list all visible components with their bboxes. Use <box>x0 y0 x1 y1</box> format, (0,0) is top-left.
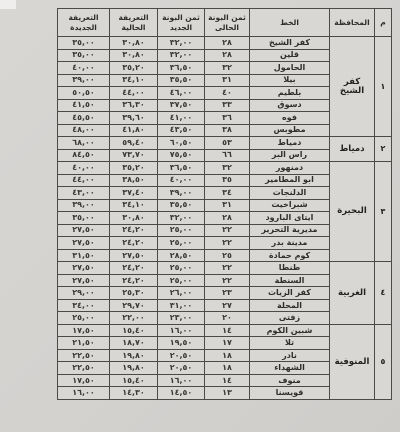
header-num: م <box>375 9 392 37</box>
tariff-current-cell: ٣٤,١٠ <box>110 74 158 87</box>
table-row: ١كفر الشيخكفر الشيخ٢٨٣٢,٠٠٣٠,٨٠٣٥,٠٠ <box>58 37 392 50</box>
bono-current-cell: ١٧ <box>205 337 250 350</box>
tariff-current-cell: ١٥,٤٠ <box>110 374 158 387</box>
bono-new-cell: ٣٥,٥٠ <box>158 74 205 87</box>
governorate-cell: البحيرة <box>330 162 375 262</box>
line-name-cell: كفر الزيات <box>250 287 330 300</box>
tariff-current-cell: ٤١,٨٠ <box>110 124 158 137</box>
line-name-cell: ايتاى البارود <box>250 212 330 225</box>
group-number-cell: ٢ <box>375 137 392 162</box>
table-row: ٢دمياطدمياط٥٣٦٠,٥٠٥٩,٤٠٦٨,٠٠ <box>58 137 392 150</box>
governorate-cell: كفر الشيخ <box>330 37 375 137</box>
tariff-new-cell: ٢٩,٠٠ <box>58 287 110 300</box>
governorate-cell: دمياط <box>330 137 375 162</box>
bono-current-cell: ٣٥ <box>205 174 250 187</box>
bono-current-cell: ٤٠ <box>205 87 250 100</box>
page-corner-notch <box>0 0 16 9</box>
bono-current-cell: ٢٨ <box>205 212 250 225</box>
tariff-new-cell: ٢٥,٠٠ <box>58 312 110 325</box>
bono-current-cell: ٥٣ <box>205 137 250 150</box>
bono-new-cell: ١٩,٥٠ <box>158 337 205 350</box>
bono-current-cell: ٢٢ <box>205 224 250 237</box>
tariff-new-cell: ٢٧,٥٠ <box>58 262 110 275</box>
bono-new-cell: ٦٠,٥٠ <box>158 137 205 150</box>
bono-new-cell: ٣٢,٠٠ <box>158 212 205 225</box>
tariff-current-cell: ٢٤,٢٠ <box>110 262 158 275</box>
line-name-cell: فوه <box>250 112 330 125</box>
bono-new-cell: ٣٦,٥٠ <box>158 162 205 175</box>
bono-new-cell: ٧٥,٥٠ <box>158 149 205 162</box>
group-number-cell: ٤ <box>375 262 392 325</box>
tariff-current-cell: ٣٩,٦٠ <box>110 112 158 125</box>
header-bono-new: ثمن البونة الجديد <box>158 9 205 37</box>
tariff-new-cell: ٣٩,٠٠ <box>58 199 110 212</box>
bono-new-cell: ٢٨,٥٠ <box>158 249 205 262</box>
bono-current-cell: ٣٦ <box>205 112 250 125</box>
tariff-new-cell: ٣٥,٠٠ <box>58 212 110 225</box>
tariff-current-cell: ١٤,٣٠ <box>110 387 158 400</box>
bono-new-cell: ٣٧,٥٠ <box>158 99 205 112</box>
bono-new-cell: ٣٢,٠٠ <box>158 49 205 62</box>
line-name-cell: دمنهور <box>250 162 330 175</box>
bono-new-cell: ٣١,٠٠ <box>158 299 205 312</box>
tariff-current-cell: ٣٧,٤٠ <box>110 187 158 200</box>
tariff-current-cell: ١٩,٨٠ <box>110 362 158 375</box>
tariff-current-cell: ٣٥,٢٠ <box>110 62 158 75</box>
tariff-current-cell: ٢٩,٧٠ <box>110 299 158 312</box>
tariff-new-cell: ٣٥,٠٠ <box>58 49 110 62</box>
tariff-new-cell: ٣٤,٠٠ <box>58 299 110 312</box>
tariff-current-cell: ٣٠,٨٠ <box>110 49 158 62</box>
bono-current-cell: ١٨ <box>205 349 250 362</box>
line-name-cell: نادر <box>250 349 330 362</box>
tariff-new-cell: ٥٠,٥٠ <box>58 87 110 100</box>
tariff-new-cell: ٢٧,٥٠ <box>58 274 110 287</box>
bono-new-cell: ٣٢,٠٠ <box>158 37 205 50</box>
bono-current-cell: ٢٧ <box>205 299 250 312</box>
tariff-current-cell: ١٥,٤٠ <box>110 324 158 337</box>
tariff-current-cell: ٢٢,٠٠ <box>110 312 158 325</box>
bono-new-cell: ٢٥,٠٠ <box>158 274 205 287</box>
tariff-current-cell: ٥٩,٤٠ <box>110 137 158 150</box>
line-name-cell: بيلا <box>250 74 330 87</box>
line-name-cell: الشهداء <box>250 362 330 375</box>
bono-new-cell: ٢٥,٠٠ <box>158 237 205 250</box>
header-bono-current: ثمن البونة الحالى <box>205 9 250 37</box>
line-name-cell: منوف <box>250 374 330 387</box>
tariff-current-cell: ٧٣,٧٠ <box>110 149 158 162</box>
tariff-new-cell: ٢١,٥٠ <box>58 337 110 350</box>
tariff-current-cell: ٣٠,٨٠ <box>110 212 158 225</box>
tariff-new-cell: ٤٨,٠٠ <box>58 124 110 137</box>
line-name-cell: ابو المطامير <box>250 174 330 187</box>
table-header-row: م المحافظة الخط ثمن البونة الحالى ثمن ال… <box>58 9 392 37</box>
bono-new-cell: ١٦,٠٠ <box>158 324 205 337</box>
bono-current-cell: ١٤ <box>205 324 250 337</box>
bono-new-cell: ٢٥,٠٠ <box>158 224 205 237</box>
bono-new-cell: ٤٦,٠٠ <box>158 87 205 100</box>
bono-new-cell: ٤١,٠٠ <box>158 112 205 125</box>
tariff-current-cell: ١٨,٧٠ <box>110 337 158 350</box>
bono-new-cell: ٢٣,٠٠ <box>158 312 205 325</box>
line-name-cell: بلطيم <box>250 87 330 100</box>
tariff-current-cell: ٣٦,٣٠ <box>110 99 158 112</box>
line-name-cell: مديرية التحرير <box>250 224 330 237</box>
tariff-new-cell: ٤٤,٠٠ <box>58 174 110 187</box>
bono-new-cell: ٤٠,٠٠ <box>158 174 205 187</box>
line-name-cell: الحامول <box>250 62 330 75</box>
line-name-cell: قلين <box>250 49 330 62</box>
tariff-new-cell: ٤١,٥٠ <box>58 99 110 112</box>
bono-new-cell: ١٤,٥٠ <box>158 387 205 400</box>
line-name-cell: راس البر <box>250 149 330 162</box>
bono-new-cell: ٣٦,٥٠ <box>158 62 205 75</box>
line-name-cell: السنطة <box>250 274 330 287</box>
line-name-cell: شبين الكوم <box>250 324 330 337</box>
tariff-new-cell: ٤٥,٥٠ <box>58 112 110 125</box>
line-name-cell: مطوبس <box>250 124 330 137</box>
tariff-current-cell: ٣٥,٢٠ <box>110 162 158 175</box>
tariff-new-cell: ٢٧,٥٠ <box>58 224 110 237</box>
scanned-page-background: م المحافظة الخط ثمن البونة الحالى ثمن ال… <box>0 0 400 432</box>
tariff-new-cell: ١٦,٠٠ <box>58 387 110 400</box>
tariff-new-cell: ١٧,٥٠ <box>58 374 110 387</box>
bono-new-cell: ٣٥,٥٠ <box>158 199 205 212</box>
line-name-cell: دمياط <box>250 137 330 150</box>
bono-new-cell: ١٦,٠٠ <box>158 374 205 387</box>
tariff-new-cell: ٣٩,٠٠ <box>58 74 110 87</box>
tariff-current-cell: ٢٤,٢٠ <box>110 237 158 250</box>
line-name-cell: كوم حمادة <box>250 249 330 262</box>
bono-new-cell: ٢٠,٥٠ <box>158 349 205 362</box>
bono-new-cell: ٢٦,٠٠ <box>158 287 205 300</box>
bono-current-cell: ٣٢ <box>205 62 250 75</box>
tariff-current-cell: ٣٤,١٠ <box>110 199 158 212</box>
tariff-current-cell: ٤٤,٠٠ <box>110 87 158 100</box>
tariff-new-cell: ١٧,٥٠ <box>58 324 110 337</box>
tariff-new-cell: ٤٠,٠٠ <box>58 162 110 175</box>
bono-current-cell: ٣١ <box>205 74 250 87</box>
group-number-cell: ١ <box>375 37 392 137</box>
table-row: ٥المنوفيةشبين الكوم١٤١٦,٠٠١٥,٤٠١٧,٥٠ <box>58 324 392 337</box>
tariff-current-cell: ٣٠,٨٠ <box>110 37 158 50</box>
tariff-new-cell: ٤٣,٠٠ <box>58 187 110 200</box>
line-name-cell: كفر الشيخ <box>250 37 330 50</box>
group-number-cell: ٣ <box>375 162 392 262</box>
line-name-cell: مدينة بدر <box>250 237 330 250</box>
table-row: ٤الغربيةطنطا٢٢٢٥,٠٠٢٤,٢٠٢٧,٥٠ <box>58 262 392 275</box>
line-name-cell: قويسنا <box>250 387 330 400</box>
tariff-current-cell: ٢٤,٢٠ <box>110 274 158 287</box>
tariff-current-cell: ٢٧,٥٠ <box>110 249 158 262</box>
header-tariff-new: التعريفة الجديدة <box>58 9 110 37</box>
tariff-new-cell: ٢٢,٥٠ <box>58 362 110 375</box>
governorate-cell: الغربية <box>330 262 375 325</box>
tariff-new-cell: ٦٨,٠٠ <box>58 137 110 150</box>
line-name-cell: زفتى <box>250 312 330 325</box>
governorate-cell: المنوفية <box>330 324 375 399</box>
tariff-new-cell: ٢٧,٥٠ <box>58 237 110 250</box>
group-number-cell: ٥ <box>375 324 392 399</box>
bono-current-cell: ٣٢ <box>205 162 250 175</box>
table-row: ٣البحيرةدمنهور٣٢٣٦,٥٠٣٥,٢٠٤٠,٠٠ <box>58 162 392 175</box>
bono-current-cell: ٣١ <box>205 199 250 212</box>
tariff-new-cell: ٤٠,٠٠ <box>58 62 110 75</box>
bono-current-cell: ٣٣ <box>205 99 250 112</box>
header-tariff-current: التعريفة الحالية <box>110 9 158 37</box>
tariff-table: م المحافظة الخط ثمن البونة الحالى ثمن ال… <box>57 8 392 400</box>
line-name-cell: الدلنجات <box>250 187 330 200</box>
tariff-new-cell: ٣١,٥٠ <box>58 249 110 262</box>
table-body: ١كفر الشيخكفر الشيخ٢٨٣٢,٠٠٣٠,٨٠٣٥,٠٠قلين… <box>58 37 392 400</box>
line-name-cell: دسوق <box>250 99 330 112</box>
bono-current-cell: ٢٨ <box>205 37 250 50</box>
bono-current-cell: ٦٦ <box>205 149 250 162</box>
bono-new-cell: ٤٣,٥٠ <box>158 124 205 137</box>
tariff-current-cell: ٢٤,٢٠ <box>110 224 158 237</box>
bono-current-cell: ٢٢ <box>205 237 250 250</box>
line-name-cell: تلا <box>250 337 330 350</box>
tariff-current-cell: ٢٥,٣٠ <box>110 287 158 300</box>
tariff-new-cell: ٨٤,٥٠ <box>58 149 110 162</box>
tariff-current-cell: ١٩,٨٠ <box>110 349 158 362</box>
bono-current-cell: ١٨ <box>205 362 250 375</box>
bono-current-cell: ٣٤ <box>205 187 250 200</box>
bono-current-cell: ٢٢ <box>205 262 250 275</box>
bono-new-cell: ٢٠,٥٠ <box>158 362 205 375</box>
line-name-cell: المحلة <box>250 299 330 312</box>
bono-current-cell: ٢٢ <box>205 274 250 287</box>
bono-current-cell: ٢٨ <box>205 49 250 62</box>
bono-current-cell: ١٤ <box>205 374 250 387</box>
tariff-new-cell: ٢٢,٥٠ <box>58 349 110 362</box>
bono-new-cell: ٣٩,٠٠ <box>158 187 205 200</box>
header-governorate: المحافظة <box>330 9 375 37</box>
bono-current-cell: ١٣ <box>205 387 250 400</box>
bono-current-cell: ٢٣ <box>205 287 250 300</box>
bono-current-cell: ٣٨ <box>205 124 250 137</box>
bono-new-cell: ٢٥,٠٠ <box>158 262 205 275</box>
line-name-cell: شبراخيت <box>250 199 330 212</box>
tariff-new-cell: ٣٥,٠٠ <box>58 37 110 50</box>
bono-current-cell: ٢٥ <box>205 249 250 262</box>
tariff-current-cell: ٣٨,٥٠ <box>110 174 158 187</box>
bono-current-cell: ٢٠ <box>205 312 250 325</box>
line-name-cell: طنطا <box>250 262 330 275</box>
header-line: الخط <box>250 9 330 37</box>
